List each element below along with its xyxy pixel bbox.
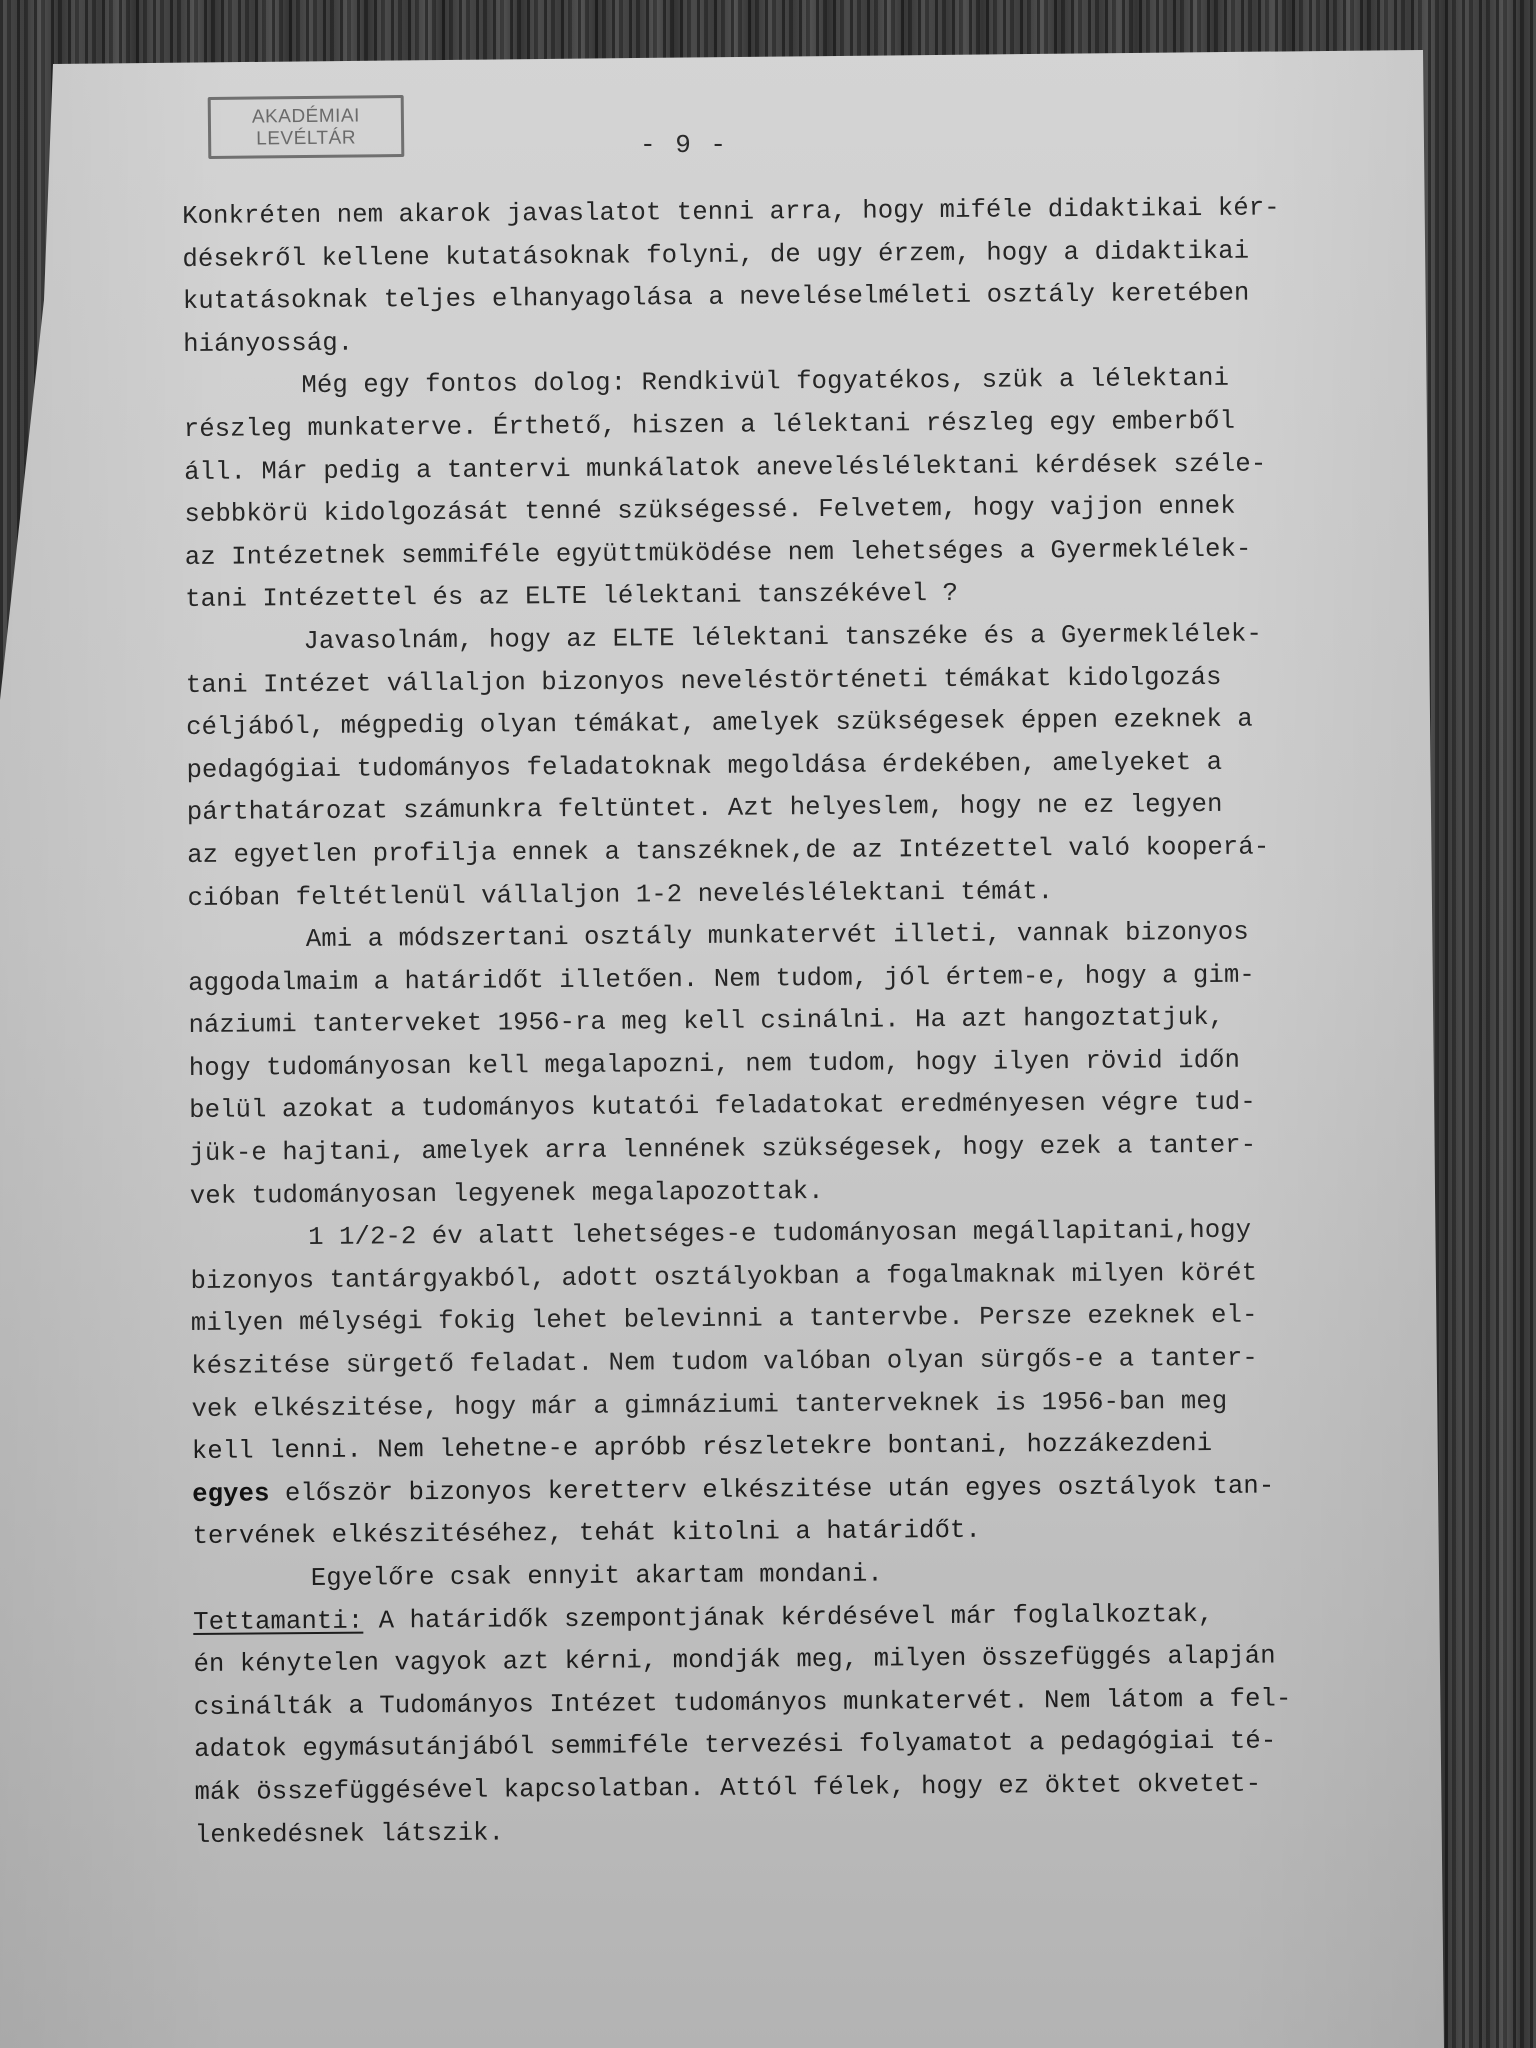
text-line: lenkedésnek látszik.	[195, 1805, 1435, 1857]
speaker-name: Tettamanti:	[193, 1606, 363, 1636]
stamp-line-1: AKADÉMIAI	[211, 105, 401, 129]
struck-out-text: egyes	[192, 1479, 270, 1509]
page-number: - 9 -	[640, 130, 728, 160]
typed-body-text: Konkréten nem akarok javaslatot tenni ar…	[182, 186, 1435, 1857]
archive-stamp: AKADÉMIAI LEVÉLTÁR	[208, 95, 405, 159]
document-page: AKADÉMIAI LEVÉLTÁR - 9 - Konkréten nem a…	[0, 0, 1536, 2048]
stamp-line-2: LEVÉLTÁR	[211, 127, 401, 151]
